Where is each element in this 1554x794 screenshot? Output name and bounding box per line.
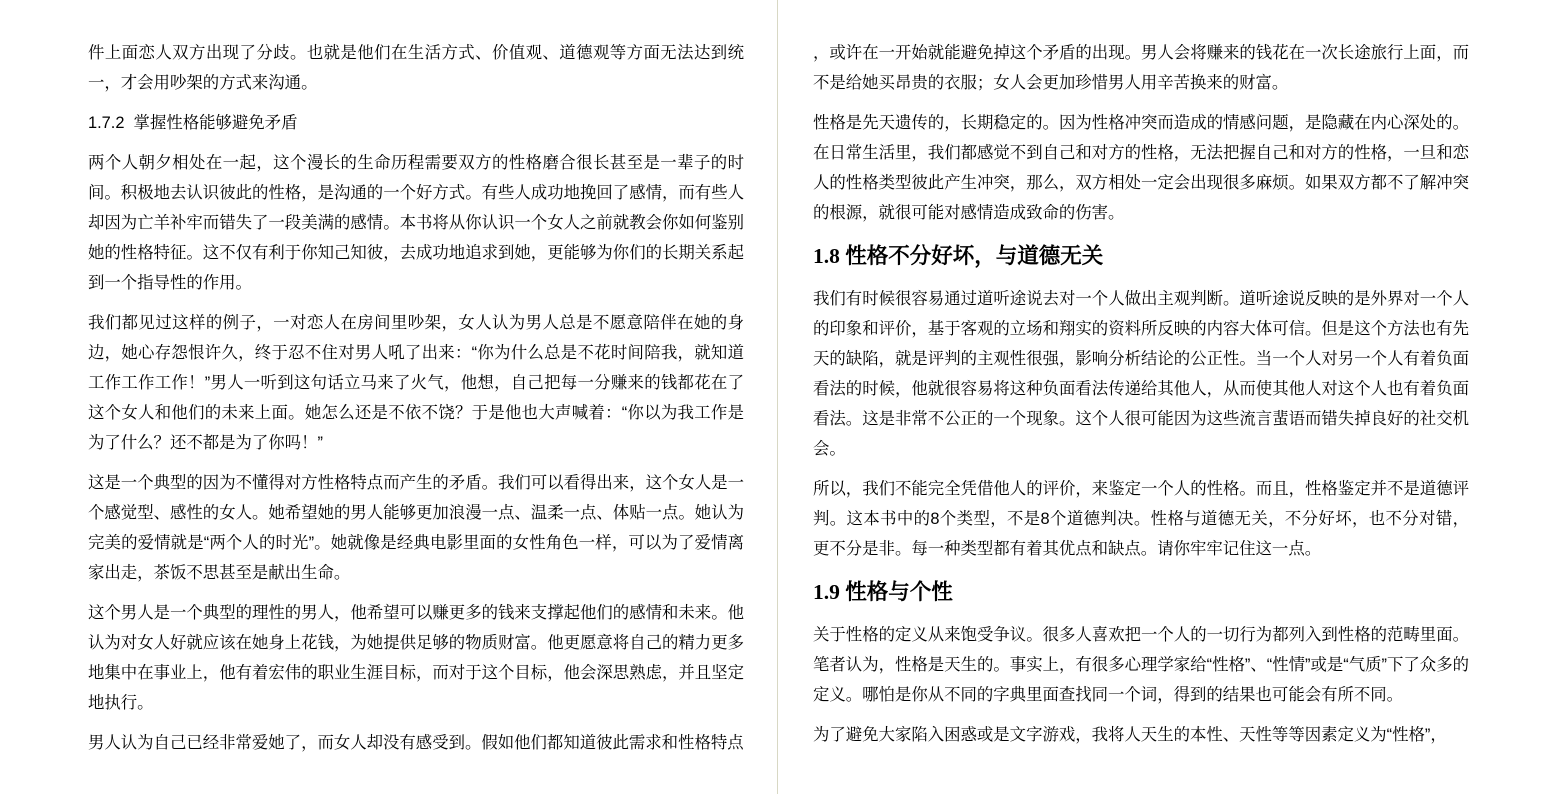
page-divider xyxy=(777,0,778,794)
paragraph: 男人认为自己已经非常爱她了，而女人却没有感受到。假如他们都知道彼此需求和性格特点 xyxy=(88,728,744,758)
ebook-reader-view: 件上面恋人双方出现了分歧。也就是他们在生活方式、价值观、道德观等方面无法达到统一… xyxy=(0,0,1554,794)
paragraph: 关于性格的定义从来饱受争议。很多人喜欢把一个人的一切行为都列入到性格的范畴里面。… xyxy=(813,620,1469,710)
paragraph: 所以，我们不能完全凭借他人的评价，来鉴定一个人的性格。而且，性格鉴定并不是道德评… xyxy=(813,474,1469,564)
paragraph: 为了避免大家陷入困惑或是文字游戏，我将人天生的本性、天性等等因素定义为“性格”， xyxy=(813,720,1469,750)
paragraph: 两个人朝夕相处在一起，这个漫长的生命历程需要双方的性格磨合很长甚至是一辈子的时间… xyxy=(88,148,744,298)
section-heading-1-8: 1.8 性格不分好坏，与道德无关 xyxy=(813,240,1469,272)
paragraph: 我们有时候很容易通过道听途说去对一个人做出主观判断。道听途说反映的是外界对一个人… xyxy=(813,284,1469,464)
paragraph: 性格是先天遗传的，长期稳定的。因为性格冲突而造成的情感问题，是隐藏在内心深处的。… xyxy=(813,108,1469,228)
section-heading-1-9: 1.9 性格与个性 xyxy=(813,576,1469,608)
page-left: 件上面恋人双方出现了分歧。也就是他们在生活方式、价值观、道德观等方面无法达到统一… xyxy=(88,38,744,768)
page-right: ，或许在一开始就能避免掉这个矛盾的出现。男人会将赚来的钱花在一次长途旅行上面，而… xyxy=(813,38,1469,760)
paragraph: 我们都见过这样的例子，一对恋人在房间里吵架，女人认为男人总是不愿意陪伴在她的身边… xyxy=(88,308,744,458)
paragraph: 件上面恋人双方出现了分歧。也就是他们在生活方式、价值观、道德观等方面无法达到统一… xyxy=(88,38,744,98)
section-heading-1-7-2: 1.7.2 掌握性格能够避免矛盾 xyxy=(88,108,744,138)
paragraph: 这是一个典型的因为不懂得对方性格特点而产生的矛盾。我们可以看得出来，这个女人是一… xyxy=(88,468,744,588)
paragraph: 这个男人是一个典型的理性的男人，他希望可以赚更多的钱来支撑起他们的感情和未来。他… xyxy=(88,598,744,718)
paragraph: ，或许在一开始就能避免掉这个矛盾的出现。男人会将赚来的钱花在一次长途旅行上面，而… xyxy=(813,38,1469,98)
